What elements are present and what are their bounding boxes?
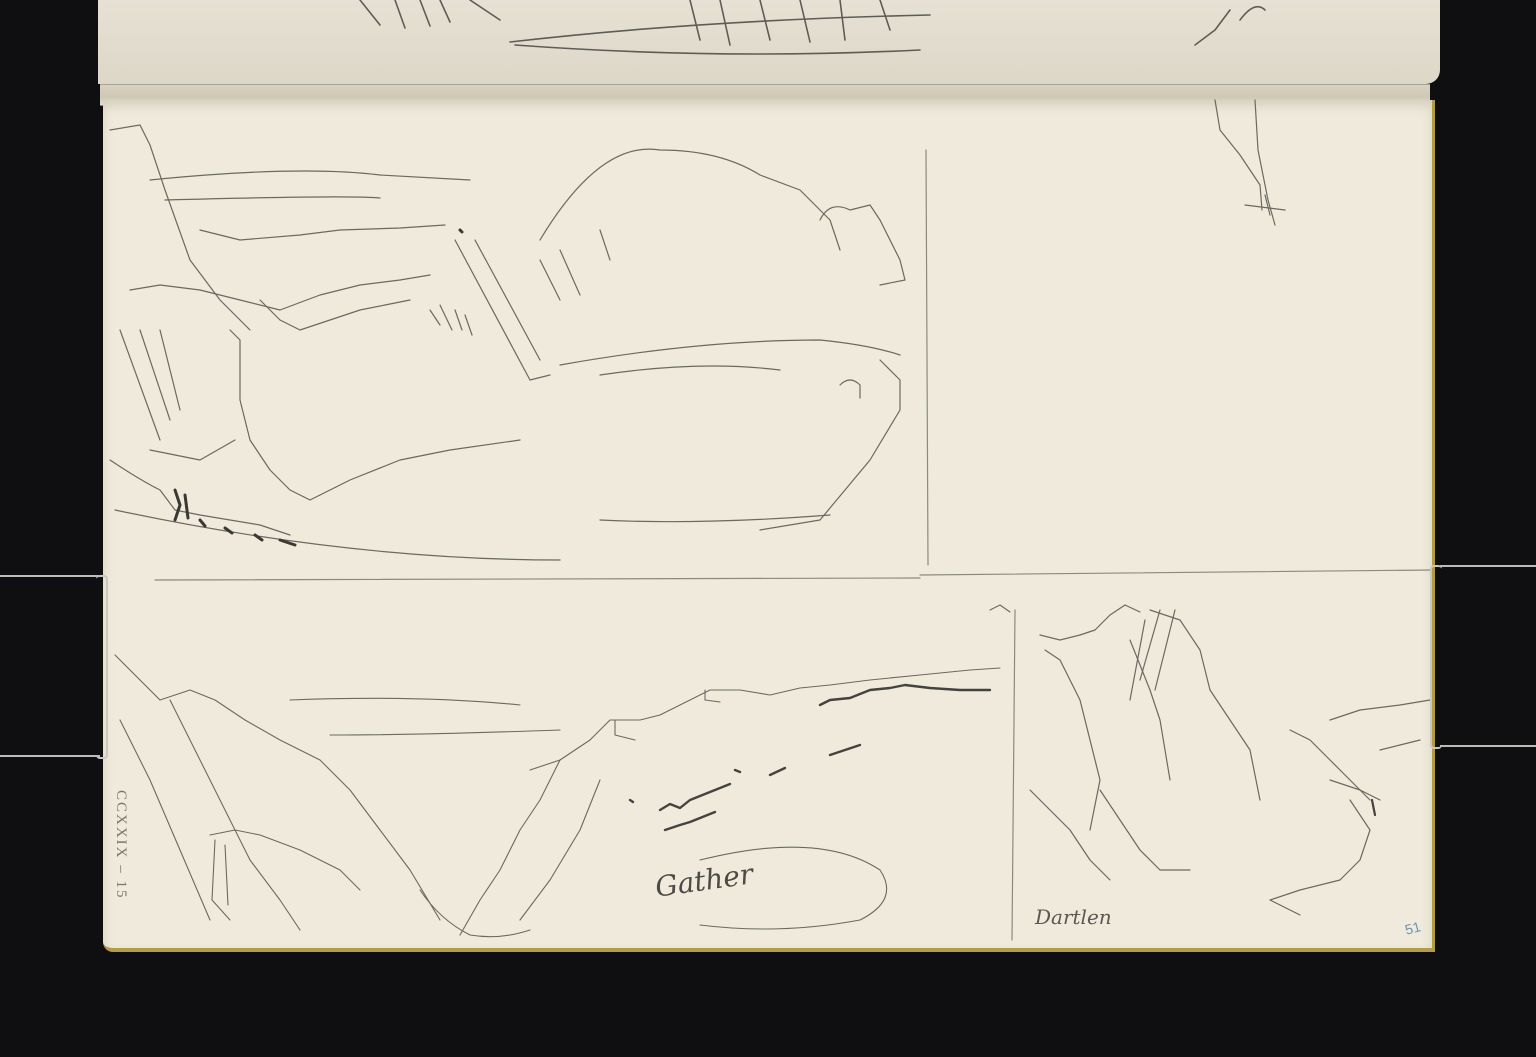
inscription-bottom-right: Dartlen: [1035, 905, 1112, 929]
previous-page-edge: [98, 0, 1440, 84]
right-clip-wire-bottom: [1440, 745, 1536, 747]
sketchbook-photo: CCXXIX – 15 Gather Dartlen 51: [0, 0, 1536, 1057]
sketchbook-page: [103, 100, 1435, 952]
left-clip-wire-top: [0, 575, 100, 577]
right-clip-wire-top: [1440, 565, 1536, 567]
catalogue-reference: CCXXIX – 15: [112, 790, 129, 900]
left-binding-clip: [96, 575, 108, 759]
right-binding-clip: [1430, 565, 1442, 749]
left-clip-wire-bottom: [0, 755, 100, 757]
